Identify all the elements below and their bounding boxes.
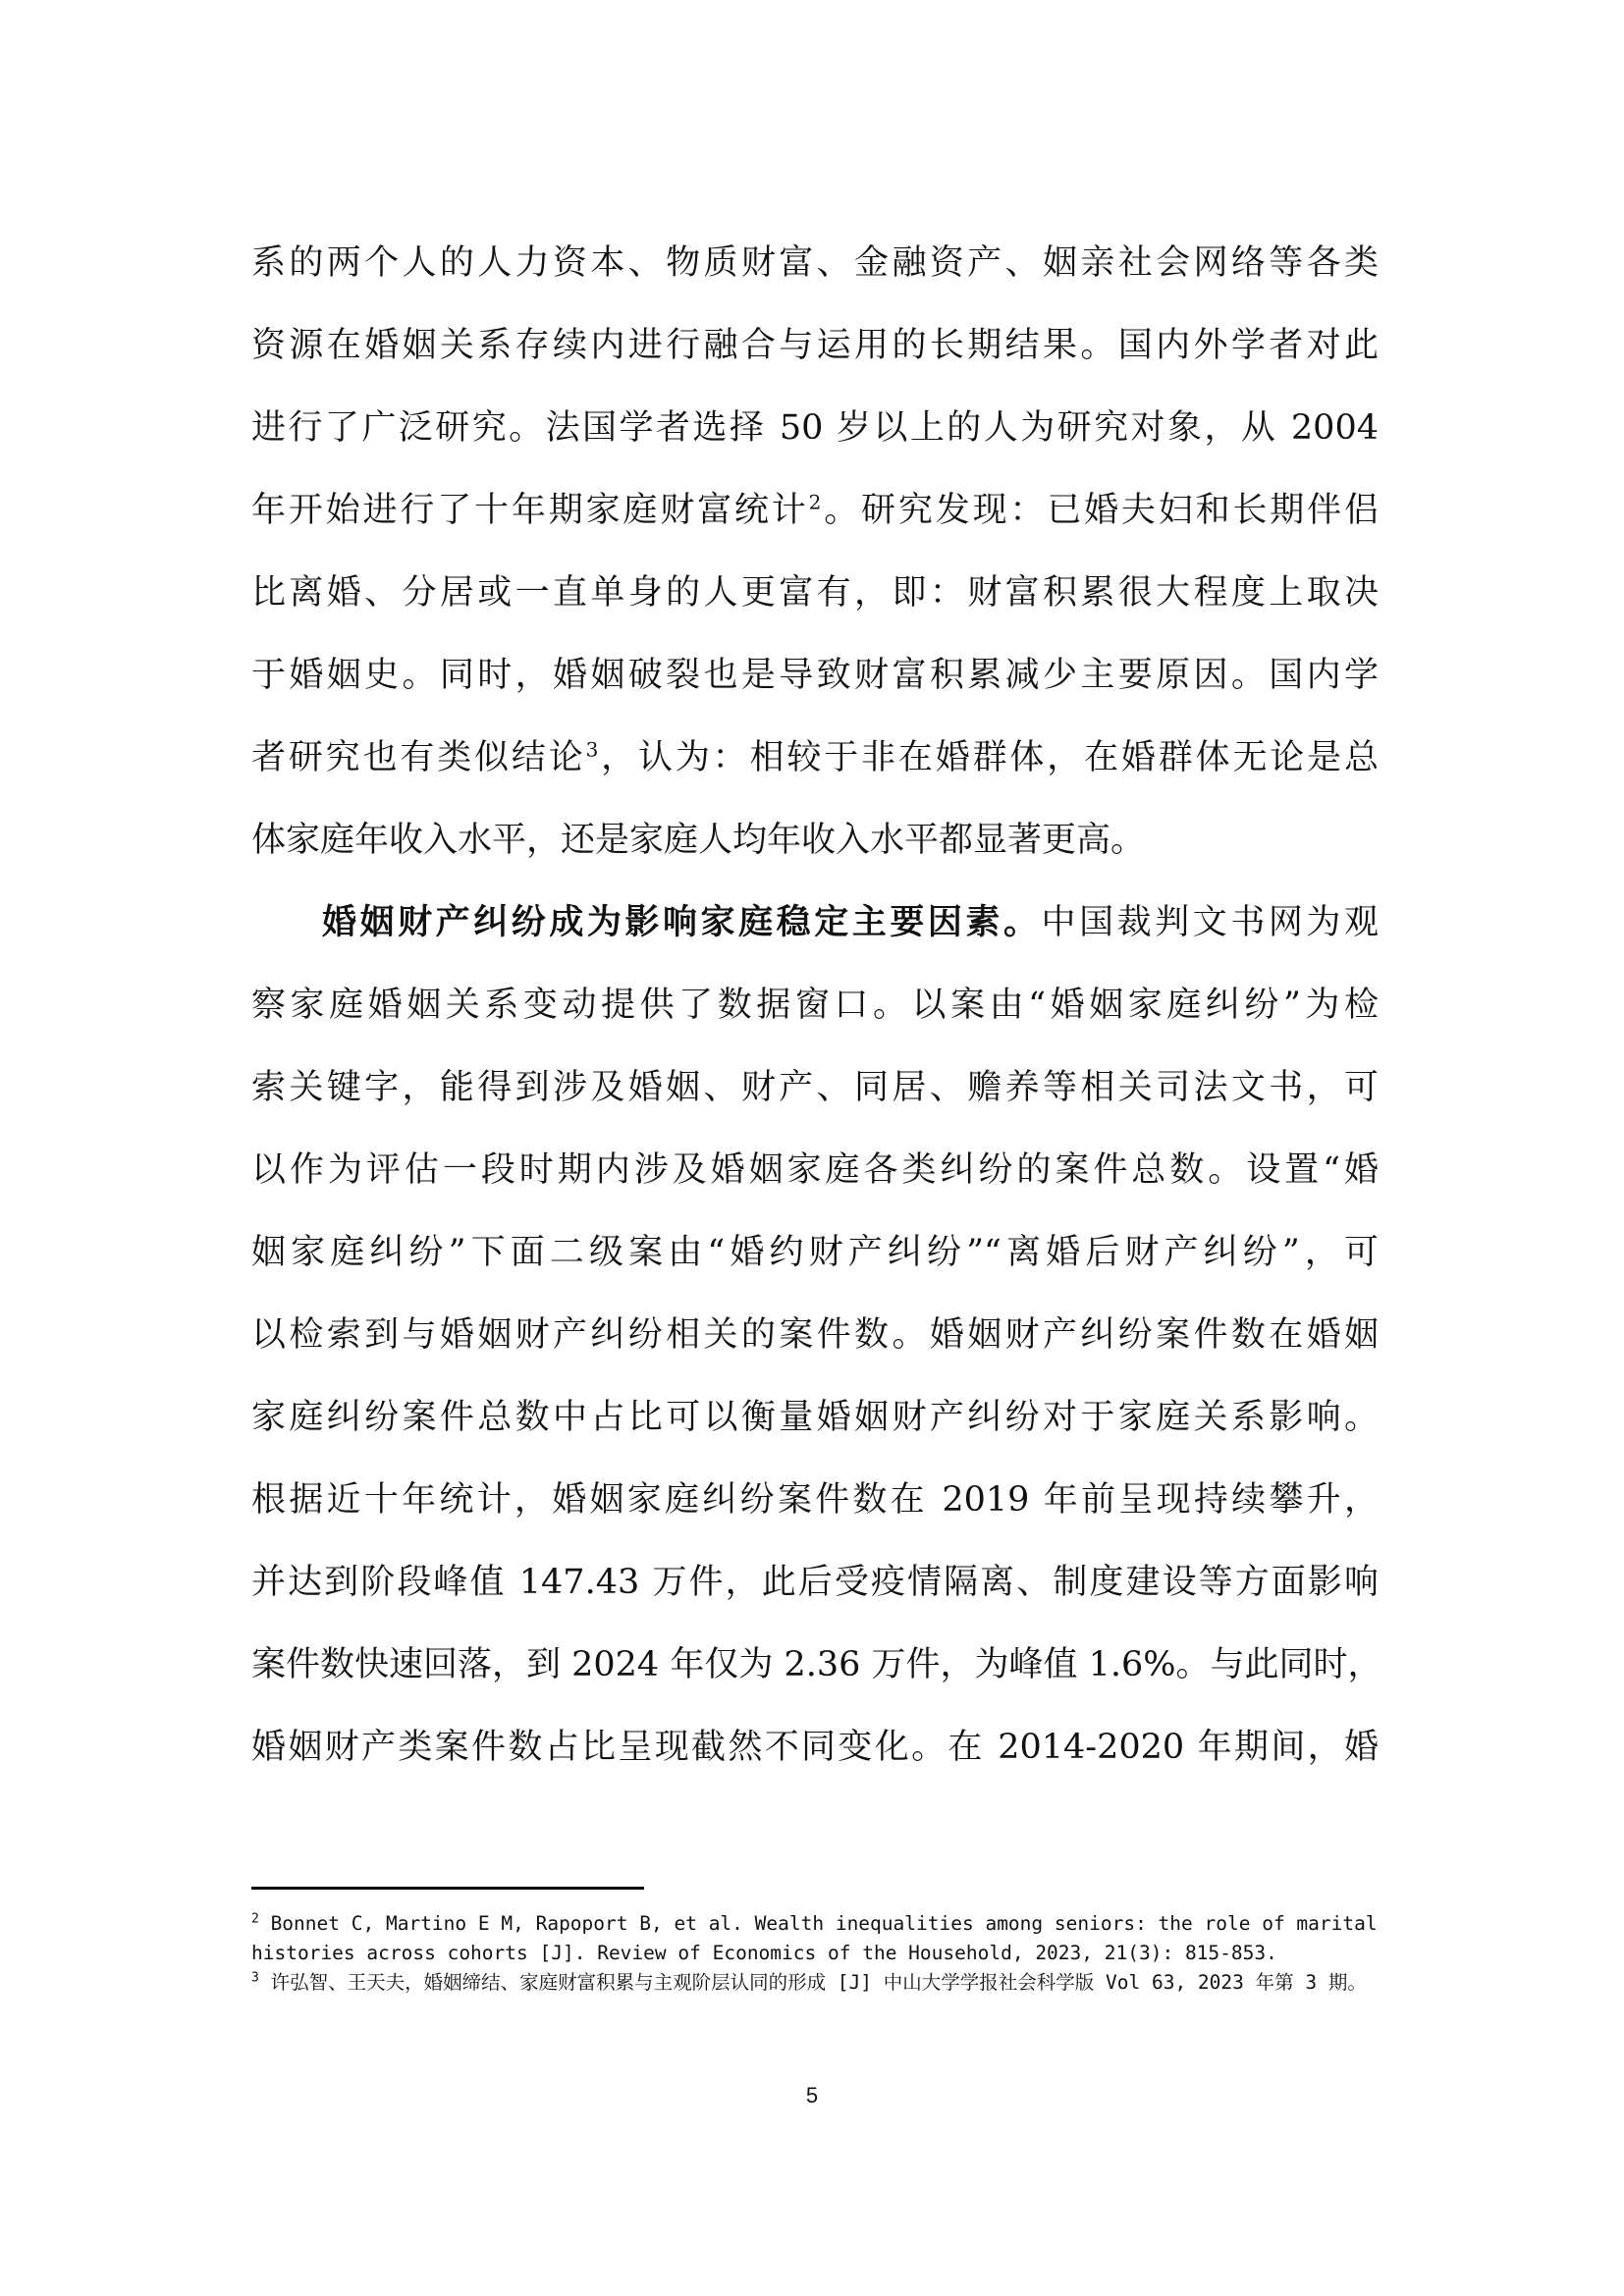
paragraph-line: 婚姻财产纠纷成为影响家庭稳定主要因素。中国裁判文书网为观 xyxy=(251,881,1379,964)
footnote-ref-3[interactable]: 3 xyxy=(586,737,599,761)
paragraph-line: 以检索到与婚姻财产纠纷相关的案件数。婚姻财产纠纷案件数在婚姻 xyxy=(251,1294,1379,1376)
paragraph-line: 索关键字，能得到涉及婚姻、财产、同居、赡养等相关司法文书，可 xyxy=(251,1046,1379,1129)
paragraph-line: 姻家庭纠纷”下面二级案由“婚约财产纠纷”“离婚后财产纠纷”，可 xyxy=(251,1211,1379,1294)
line-text: 。研究发现：已婚夫妇和长期伴侣 xyxy=(821,491,1379,530)
line-text: 者研究也有类似结论 xyxy=(251,738,586,777)
footnote-separator xyxy=(251,1887,644,1890)
paragraph-line: 于婚姻史。同时，婚姻破裂也是导致财富积累减少主要原因。国内学 xyxy=(251,634,1379,717)
paragraph-line: 比离婚、分居或一直单身的人更富有，即：财富积累很大程度上取决 xyxy=(251,552,1379,634)
line-text: 年开始进行了十年期家庭财富统计 xyxy=(251,491,809,530)
paragraph-line: 家庭纠纷案件总数中占比可以衡量婚姻财产纠纷对于家庭关系影响。 xyxy=(251,1376,1379,1459)
paragraph-line: 婚姻财产类案件数占比呈现截然不同变化。在 2014-2020 年期间，婚 xyxy=(251,1706,1379,1789)
body-text: 系的两个人的人力资本、物质财富、金融资产、姻亲社会网络等各类 资源在婚姻关系存续… xyxy=(251,222,1379,1789)
paragraph-line: 以作为评估一段时期内涉及婚姻家庭各类纠纷的案件总数。设置“婚 xyxy=(251,1129,1379,1211)
footnote-3: 3 许弘智、王天夫，婚姻缔结、家庭财富积累与主观阶层认同的形成 [J] 中山大学… xyxy=(251,1968,1390,1998)
footnote-number: 3 xyxy=(251,1971,259,1986)
footnote-ref-2[interactable]: 2 xyxy=(809,490,822,513)
document-page: 系的两个人的人力资本、物质财富、金融资产、姻亲社会网络等各类 资源在婚姻关系存续… xyxy=(0,0,1624,2296)
footnote-number: 2 xyxy=(251,1912,259,1927)
paragraph-line: 系的两个人的人力资本、物质财富、金融资产、姻亲社会网络等各类 xyxy=(251,222,1379,304)
paragraph-line: 察家庭婚姻关系变动提供了数据窗口。以案由“婚姻家庭纠纷”为检 xyxy=(251,964,1379,1046)
paragraph-line: 年开始进行了十年期家庭财富统计2。研究发现：已婚夫妇和长期伴侣 xyxy=(251,469,1379,552)
paragraph-line: 并达到阶段峰值 147.43 万件，此后受疫情隔离、制度建设等方面影响 xyxy=(251,1541,1379,1624)
paragraph-line: 案件数快速回落，到 2024 年仅为 2.36 万件，为峰值 1.6%。与此同时… xyxy=(251,1624,1379,1706)
footnote-2: 2 Bonnet C, Martino E M, Rapoport B, et … xyxy=(251,1909,1390,1968)
paragraph-line: 进行了广泛研究。法国学者选择 50 岁以上的人为研究对象，从 2004 xyxy=(251,387,1379,469)
footnote-text: Bonnet C, Martino E M, Rapoport B, et al… xyxy=(251,1912,1378,1964)
paragraph-line: 资源在婚姻关系存续内进行融合与运用的长期结果。国内外学者对此 xyxy=(251,304,1379,387)
paragraph-heading: 婚姻财产纠纷成为影响家庭稳定主要因素。 xyxy=(322,902,1042,942)
line-text: 中国裁判文书网为观 xyxy=(1042,903,1379,942)
page-number: 5 xyxy=(0,2083,1624,2109)
footnote-text: 许弘智、王天夫，婚姻缔结、家庭财富积累与主观阶层认同的形成 [J] 中山大学学报… xyxy=(259,1971,1367,1994)
footnotes: 2 Bonnet C, Martino E M, Rapoport B, et … xyxy=(251,1909,1390,1998)
paragraph-line: 者研究也有类似结论3，认为：相较于非在婚群体，在婚群体无论是总 xyxy=(251,717,1379,799)
paragraph-line: 根据近十年统计，婚姻家庭纠纷案件数在 2019 年前呈现持续攀升， xyxy=(251,1459,1379,1541)
paragraph-line: 体家庭年收入水平，还是家庭人均年收入水平都显著更高。 xyxy=(251,799,1379,881)
line-text: ，认为：相较于非在婚群体，在婚群体无论是总 xyxy=(598,738,1379,777)
